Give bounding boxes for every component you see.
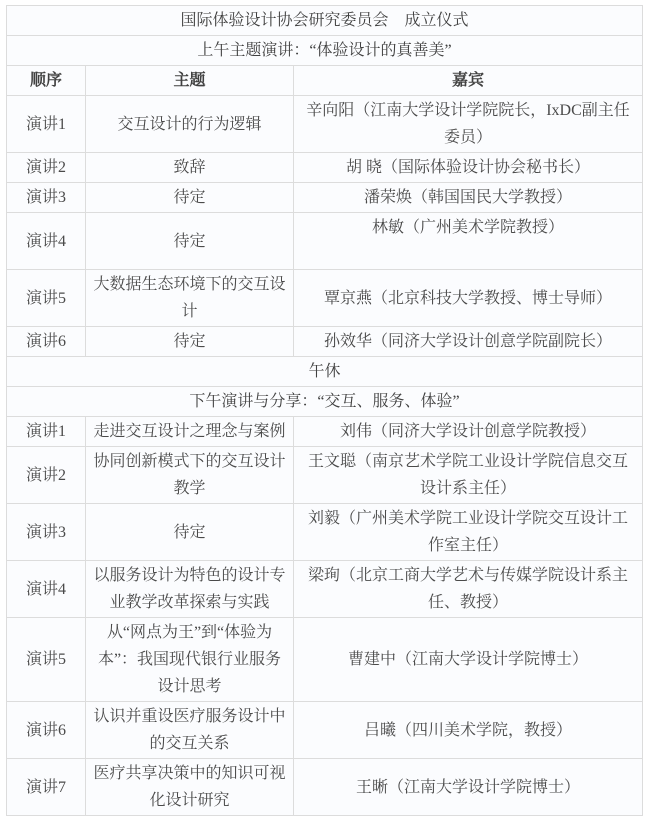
guest-cell: 覃京燕（北京科技大学教授、博士导师） (294, 270, 643, 327)
guest-cell: 辛向阳（江南大学设计学院院长，IxDC副主任委员） (294, 96, 643, 153)
topic-cell: 医疗共享决策中的知识可视化设计研究 (86, 759, 294, 816)
table-row: 演讲3 待定 刘毅（广州美术学院工业设计学院交互设计工作室主任） (7, 504, 643, 561)
guest-cell: 吕曦（四川美术学院，教授） (294, 702, 643, 759)
table-row: 演讲1 走进交互设计之理念与案例 刘伟（同济大学设计创意学院教授） (7, 417, 643, 447)
topic-cell: 从“网点为王”到“体验为本”：我国现代银行业服务设计思考 (86, 618, 294, 702)
header-row: 顺序 主题 嘉宾 (7, 66, 643, 96)
guest-cell: 胡 晓（国际体验设计协会秘书长） (294, 153, 643, 183)
noon-break-row: 午休 (7, 357, 643, 387)
topic-cell: 以服务设计为特色的设计专业教学改革探索与实践 (86, 561, 294, 618)
title-row: 国际体验设计协会研究委员会 成立仪式 (7, 6, 643, 36)
table-row: 演讲4 以服务设计为特色的设计专业教学改革探索与实践 梁珣（北京工商大学艺术与传… (7, 561, 643, 618)
topic-cell: 大数据生态环境下的交互设计 (86, 270, 294, 327)
topic-cell: 待定 (86, 183, 294, 213)
table-row: 演讲7 医疗共享决策中的知识可视化设计研究 王晰（江南大学设计学院博士） (7, 759, 643, 816)
schedule-table: 国际体验设计协会研究委员会 成立仪式 上午主题演讲：“体验设计的真善美” 顺序 … (6, 5, 643, 816)
table-row: 演讲5 大数据生态环境下的交互设计 覃京燕（北京科技大学教授、博士导师） (7, 270, 643, 327)
page: 国际体验设计协会研究委员会 成立仪式 上午主题演讲：“体验设计的真善美” 顺序 … (0, 0, 648, 814)
guest-cell: 林敏（广州美术学院教授） (294, 213, 643, 270)
order-cell: 演讲2 (7, 153, 86, 183)
topic-cell: 协同创新模式下的交互设计教学 (86, 447, 294, 504)
guest-cell: 王晰（江南大学设计学院博士） (294, 759, 643, 816)
noon-break-label: 午休 (7, 357, 643, 387)
table-row: 演讲3 待定 潘荣焕（韩国国民大学教授） (7, 183, 643, 213)
order-cell: 演讲6 (7, 702, 86, 759)
session-row-morning: 上午主题演讲：“体验设计的真善美” (7, 36, 643, 66)
table-row: 演讲2 协同创新模式下的交互设计教学 王文聪（南京艺术学院工业设计学院信息交互设… (7, 447, 643, 504)
guest-cell: 刘伟（同济大学设计创意学院教授） (294, 417, 643, 447)
topic-cell: 走进交互设计之理念与案例 (86, 417, 294, 447)
topic-cell: 认识并重设医疗服务设计中的交互关系 (86, 702, 294, 759)
order-cell: 演讲1 (7, 96, 86, 153)
topic-cell: 待定 (86, 504, 294, 561)
guest-cell: 潘荣焕（韩国国民大学教授） (294, 183, 643, 213)
guest-cell: 孙效华（同济大学设计创意学院副院长） (294, 327, 643, 357)
guest-cell: 刘毅（广州美术学院工业设计学院交互设计工作室主任） (294, 504, 643, 561)
order-cell: 演讲4 (7, 213, 86, 270)
guest-cell: 梁珣（北京工商大学艺术与传媒学院设计系主任、教授） (294, 561, 643, 618)
guest-cell: 王文聪（南京艺术学院工业设计学院信息交互设计系主任） (294, 447, 643, 504)
page-title: 国际体验设计协会研究委员会 成立仪式 (7, 6, 643, 36)
topic-cell: 交互设计的行为逻辑 (86, 96, 294, 153)
order-cell: 演讲4 (7, 561, 86, 618)
topic-cell: 致辞 (86, 153, 294, 183)
column-header-topic: 主题 (86, 66, 294, 96)
order-cell: 演讲2 (7, 447, 86, 504)
column-header-order: 顺序 (7, 66, 86, 96)
guest-cell: 曹建中（江南大学设计学院博士） (294, 618, 643, 702)
table-row: 演讲4 待定 林敏（广州美术学院教授） (7, 213, 643, 270)
session-row-afternoon: 下午演讲与分享：“交互、服务、体验” (7, 387, 643, 417)
morning-session-title: 上午主题演讲：“体验设计的真善美” (7, 36, 643, 66)
order-cell: 演讲1 (7, 417, 86, 447)
table-row: 演讲5 从“网点为王”到“体验为本”：我国现代银行业服务设计思考 曹建中（江南大… (7, 618, 643, 702)
order-cell: 演讲7 (7, 759, 86, 816)
order-cell: 演讲5 (7, 618, 86, 702)
topic-cell: 待定 (86, 213, 294, 270)
column-header-guest: 嘉宾 (294, 66, 643, 96)
order-cell: 演讲3 (7, 504, 86, 561)
table-row: 演讲6 认识并重设医疗服务设计中的交互关系 吕曦（四川美术学院，教授） (7, 702, 643, 759)
table-row: 演讲6 待定 孙效华（同济大学设计创意学院副院长） (7, 327, 643, 357)
table-row: 演讲2 致辞 胡 晓（国际体验设计协会秘书长） (7, 153, 643, 183)
order-cell: 演讲6 (7, 327, 86, 357)
afternoon-session-title: 下午演讲与分享：“交互、服务、体验” (7, 387, 643, 417)
order-cell: 演讲3 (7, 183, 86, 213)
order-cell: 演讲5 (7, 270, 86, 327)
table-row: 演讲1 交互设计的行为逻辑 辛向阳（江南大学设计学院院长，IxDC副主任委员） (7, 96, 643, 153)
topic-cell: 待定 (86, 327, 294, 357)
